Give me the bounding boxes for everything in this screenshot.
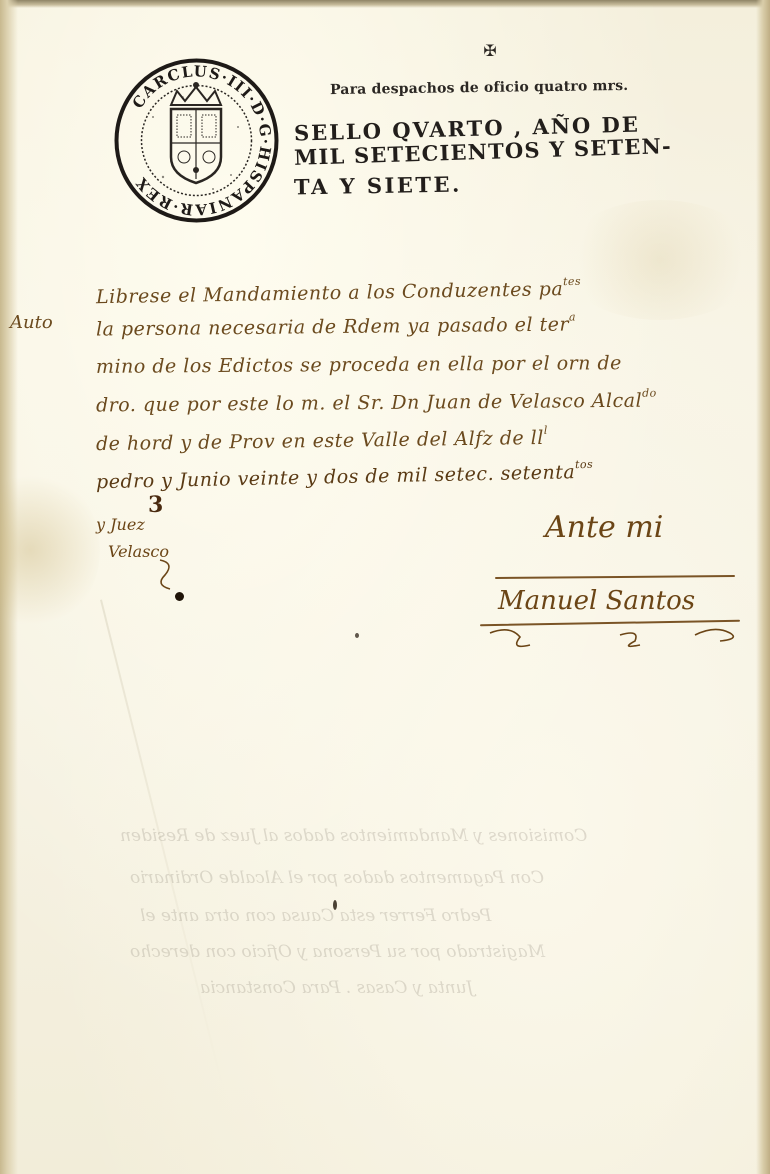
water-stain	[0, 470, 100, 630]
superscript: tos	[575, 458, 593, 471]
ink-blot	[175, 592, 184, 601]
right-signature-initial: Ante mi	[545, 510, 663, 545]
bleed-through-line: Comisiones y Mandamientos dados al Juez …	[120, 826, 587, 846]
superscript: tes	[563, 275, 581, 288]
manuscript-line-5: de hord y de Prov en este Valle del Alfz…	[96, 427, 548, 455]
superscript: a	[569, 310, 576, 323]
stamp-fee-line: Para despachos de oficio quatro mrs.	[330, 78, 629, 98]
superscript: do	[642, 387, 657, 400]
line-text: Librese el Mandamiento a los Conduzentes…	[96, 278, 564, 308]
manuscript-line-4: dro. que por este lo m. el Sr. Dn Juan d…	[96, 390, 657, 417]
bleed-through-line: Junta y Casas . Para Constancia	[200, 978, 473, 998]
margin-note: Auto	[10, 312, 53, 333]
manuscript-page: CARCLUS·III·D·G·HISPANIAR·REX ✠ Para des…	[0, 0, 770, 1174]
bleed-through-line: Magistrado por su Persona y Oficio con d…	[130, 942, 545, 962]
manuscript-line-2: la persona necesaria de Rdem ya pasado e…	[96, 313, 576, 340]
water-stain	[560, 200, 760, 320]
signature-underline	[495, 575, 735, 579]
ink-speck	[333, 900, 337, 910]
bleed-through-line: Pedro Ferrer esta Causa con otra ante el	[140, 906, 491, 926]
line-text: pedro y Junio veinte y dos de mil setec.…	[96, 461, 576, 493]
line-text: mino de los Edictos se proceda en ella p…	[96, 352, 622, 378]
signature-flourish-icon	[480, 615, 750, 660]
rubric-flourish-icon	[150, 555, 190, 605]
paper-top-edge	[0, 0, 770, 8]
paper-right-edge	[756, 0, 770, 1174]
ink-speck	[355, 633, 359, 638]
stamp-title-line-3: TA Y SIETE.	[294, 172, 462, 200]
folio-number: 3	[148, 492, 163, 518]
manuscript-line-3: mino de los Edictos se proceda en ella p…	[96, 352, 622, 378]
royal-seal-icon: CARCLUS·III·D·G·HISPANIAR·REX	[113, 57, 280, 224]
left-signature-line-1: y Juez	[96, 515, 145, 534]
line-text: de hord y de Prov en este Valle del Alfz…	[96, 427, 544, 455]
manuscript-line-1: Librese el Mandamiento a los Conduzentes…	[96, 278, 582, 308]
right-signature-name: Manuel Santos	[498, 586, 695, 616]
cross-mark-icon: ✠	[481, 42, 499, 60]
bleed-through-line: Con Pagamentos dados por el Alcalde Ordi…	[130, 868, 544, 888]
line-text: dro. que por este lo m. el Sr. Dn Juan d…	[96, 390, 642, 417]
superscript: l	[544, 424, 548, 437]
line-text: la persona necesaria de Rdem ya pasado e…	[96, 314, 569, 341]
manuscript-line-6: pedro y Junio veinte y dos de mil setec.…	[96, 461, 594, 493]
